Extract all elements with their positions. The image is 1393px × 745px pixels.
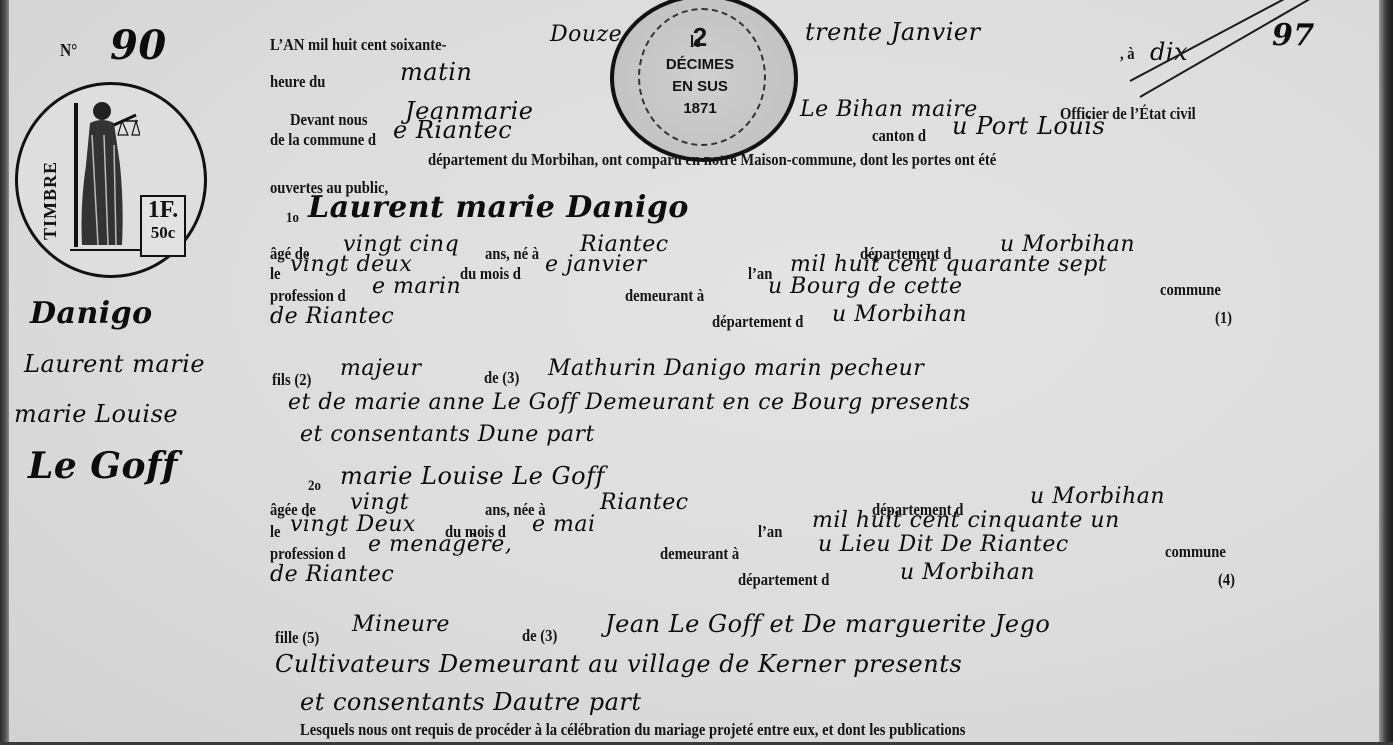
bride-status-hand: Mineure: [352, 612, 450, 637]
groom-dept2-label: département d: [712, 312, 803, 332]
bride-index: 2o: [308, 478, 321, 495]
groom-de-label: de (3): [484, 368, 519, 388]
header-line4-print: de la commune d: [270, 130, 376, 150]
groom-parents-line3: et consentants Dune part: [300, 422, 595, 447]
bride-commune-label: commune: [1165, 542, 1226, 562]
bride-born-place-hand: Riantec: [600, 490, 689, 515]
bride-parents-line1: Jean Le Goff et De marguerite Jego: [605, 610, 1050, 638]
canton-label-print: canton d: [872, 126, 926, 146]
header-line1-print: L’AN mil huit cent soixante-: [270, 32, 447, 55]
groom-profession-label: profession d: [270, 286, 346, 306]
binding-edge-left: [0, 0, 9, 745]
groom-residence-label: demeurant à: [625, 286, 704, 306]
bride-birth-year-hand: mil huit cent cinquante un: [812, 508, 1120, 533]
bride-name-hand: marie Louise Le Goff: [340, 462, 605, 490]
header-line3-print: Devant nous: [290, 110, 368, 130]
groom-parents-line1: Mathurin Danigo marin pecheur: [548, 356, 924, 381]
timbre-label: TIMBRE: [40, 161, 61, 240]
timbre-stamp: TIMBRE 1F. 50c: [15, 82, 207, 278]
bride-profession-hand: e menagère,: [368, 532, 512, 557]
header-hour-label: , à: [1120, 44, 1135, 64]
bride-parents-line2: Cultivateurs Demeurant au village de Ker…: [275, 650, 962, 678]
bride-profession-label: profession d: [270, 544, 346, 564]
groom-profession-hand: e marin: [372, 274, 461, 299]
decimes-line2: DÉCIMES: [614, 56, 786, 73]
groom-birth-month-hand: e janvier: [545, 252, 647, 277]
header-le-label: le: [690, 32, 701, 52]
act-number-label: N°: [60, 40, 77, 61]
decimes-stamp: 2 DÉCIMES EN SUS 1871: [610, 0, 798, 162]
timbre-value-franc: 1F.: [142, 197, 184, 223]
bride-residence-label: demeurant à: [660, 544, 739, 564]
marriage-year-hand: Douze: [550, 22, 622, 47]
marriage-date-hand: trente Janvier: [805, 18, 981, 46]
timbre-value-cents: 50c: [142, 223, 184, 243]
header-line2-print: heure du: [270, 72, 325, 92]
decimes-line4: 1871: [614, 100, 786, 117]
groom-parents-line2: et de marie anne Le Goff Demeurant en ce…: [288, 390, 970, 415]
bride-de-label: de (3): [522, 626, 557, 646]
groom-dept2-hand: u Morbihan: [832, 302, 967, 327]
bride-residence-hand: u Lieu Dit De Riantec: [818, 532, 1069, 557]
groom-commune-label: commune: [1160, 280, 1221, 300]
binding-edge-right: [1379, 0, 1393, 745]
groom-name-hand: Laurent marie Danigo: [308, 190, 689, 225]
commune-hand: e Riantec: [393, 116, 512, 144]
groom-residence-hand: u Bourg de cette: [768, 274, 962, 299]
bride-dept-hand: u Morbihan: [1030, 484, 1165, 509]
groom-status-hand: majeur: [340, 356, 422, 381]
register-page: N° 90 TIMBRE 1F. 50c 2 DÉCIMES EN SUS 18…: [0, 0, 1393, 745]
groom-day-label: le: [270, 264, 281, 284]
groom-commune-hand: de Riantec: [270, 304, 394, 329]
bride-dept2-hand: u Morbihan: [900, 560, 1035, 585]
bride-year-label: l’an: [758, 522, 782, 542]
groom-month-label: du mois d: [460, 264, 521, 284]
bride-birth-month-hand: e mai: [532, 512, 596, 537]
header-line5-print: département du Morbihan, ont comparu en …: [428, 150, 996, 170]
corner-note-number: 97: [1272, 18, 1315, 53]
groom-note-ref: (1): [1215, 308, 1232, 328]
justice-figure-icon: [70, 95, 140, 255]
act-number: 90: [110, 22, 167, 69]
bride-day-label: le: [270, 522, 281, 542]
margin-firstname-groom: Laurent marie: [24, 350, 205, 378]
canton-hand: u Port Louis: [952, 112, 1105, 140]
margin-surname-groom: Danigo: [30, 296, 153, 331]
footer-print-line: Lesquels nous ont requis de procéder à l…: [300, 720, 965, 740]
decimes-line3: EN SUS: [614, 78, 786, 95]
groom-fils-label: fils (2): [272, 370, 311, 390]
margin-firstname-bride: marie Louise: [14, 400, 178, 428]
groom-born-label: ans, né à: [485, 244, 539, 264]
bride-fille-label: fille (5): [275, 628, 319, 648]
bride-note-ref: (4): [1218, 570, 1235, 590]
bride-parents-line3: et consentants Dautre part: [300, 688, 642, 716]
timbre-value-box: 1F. 50c: [140, 195, 186, 257]
margin-surname-bride: Le Goff: [28, 445, 178, 487]
time-of-day-hand: matin: [400, 58, 472, 86]
bride-dept2-label: département d: [738, 570, 829, 590]
bride-commune-hand: de Riantec: [270, 562, 394, 587]
groom-index: 1o: [286, 210, 299, 227]
